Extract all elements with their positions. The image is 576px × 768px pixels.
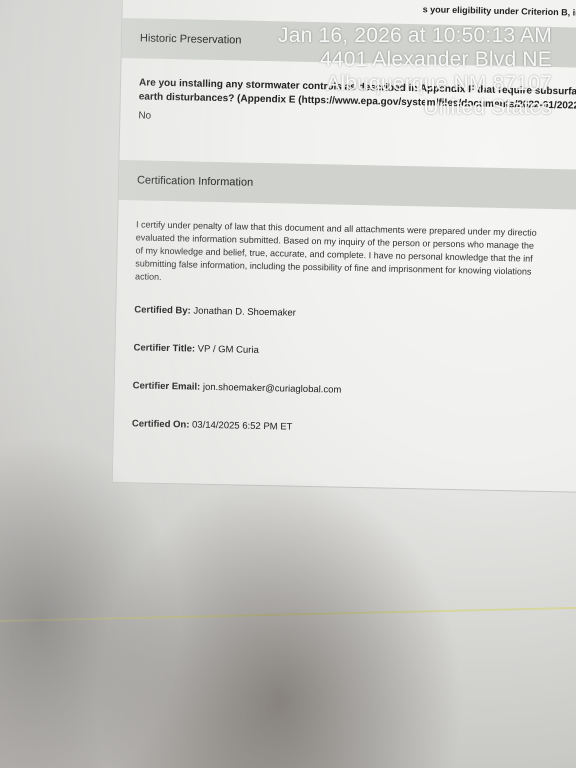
- paper-fold-line: [0, 607, 576, 622]
- historic-preservation-title: Historic Preservation: [140, 32, 242, 46]
- certified-by-label: Certified By:: [134, 304, 191, 316]
- partial-eligibility-text: s your eligibility under Criterion B, in…: [423, 4, 576, 17]
- certifier-title-value: VP / GM Curia: [198, 344, 259, 356]
- certification-information-header: Certification Information: [119, 160, 576, 210]
- overlay-address-line2: Albuquerque NM 87107: [278, 72, 552, 96]
- certified-on-label: Certified On:: [132, 418, 190, 430]
- photo-timestamp-overlay: Jan 16, 2026 at 10:50:13 AM 4401 Alexand…: [278, 24, 552, 120]
- certified-by-field: Certified By: Jonathan D. Shoemaker: [134, 304, 296, 318]
- certified-on-field: Certified On: 03/14/2025 6:52 PM ET: [132, 418, 293, 432]
- overlay-country: United States: [278, 96, 552, 120]
- overlay-address-line1: 4401 Alexander Blvd NE: [278, 48, 552, 72]
- certifier-email-value: jon.shoemaker@curiaglobal.com: [203, 382, 342, 396]
- overlay-datetime: Jan 16, 2026 at 10:50:13 AM: [278, 24, 552, 48]
- certified-on-value: 03/14/2025 6:52 PM ET: [192, 420, 293, 433]
- stormwater-answer: No: [138, 110, 151, 121]
- certifier-title-field: Certifier Title: VP / GM Curia: [133, 342, 259, 356]
- certifier-email-label: Certifier Email:: [133, 380, 201, 392]
- certifier-email-field: Certifier Email: jon.shoemaker@curiaglob…: [133, 380, 342, 395]
- certified-by-value: Jonathan D. Shoemaker: [193, 306, 296, 319]
- certifier-title-label: Certifier Title:: [133, 342, 195, 354]
- certification-information-title: Certification Information: [137, 174, 253, 188]
- certification-statement: I certify under penalty of law that this…: [135, 218, 576, 293]
